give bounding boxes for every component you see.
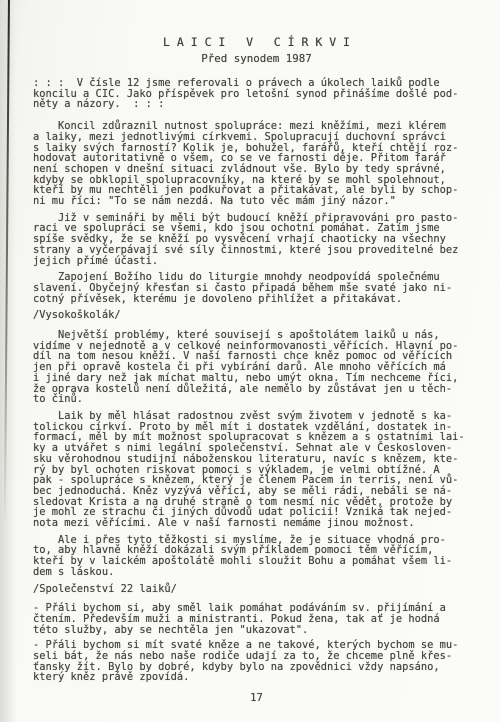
paragraph: Ale i přes tyto těžkosti si myslíme, že …: [33, 535, 480, 578]
paragraph: Největší problémy, které souvisejí s apo…: [33, 330, 480, 405]
paragraph: : : : V čísle 12 jsme referovali o práve…: [33, 78, 480, 110]
paragraph: Zapojení Božího lidu do liturgie mnohdy …: [33, 272, 480, 304]
paragraph: Koncil zdůraznil nutnost spolupráce: mez…: [33, 121, 480, 207]
paragraph: Laik by měl hlásat radostnou zvěst svým …: [33, 411, 480, 529]
section-heading: /Společenství 22 laiků/: [33, 584, 480, 595]
paragraph: - Přáli bychom si mít svaté kněze a ne t…: [33, 640, 480, 683]
page-subtitle: Před synodem 1987: [33, 53, 480, 65]
scanned-document-page: L A I C I V C Í R K V I Před synodem 198…: [0, 0, 500, 722]
paragraph: - Přáli bychom si, aby směl laik pomáhat…: [33, 603, 480, 635]
paragraph-list: : : : V čísle 12 jsme referovali o práve…: [33, 78, 480, 683]
page-title: L A I C I V C Í R K V I: [33, 36, 480, 49]
document-content: L A I C I V C Í R K V I Před synodem 198…: [33, 30, 480, 704]
paragraph: Již v semináři by měli být budoucí kněží…: [33, 213, 480, 267]
section-heading: /Vysokoškolák/: [33, 310, 480, 321]
page-number: 17: [33, 692, 480, 704]
